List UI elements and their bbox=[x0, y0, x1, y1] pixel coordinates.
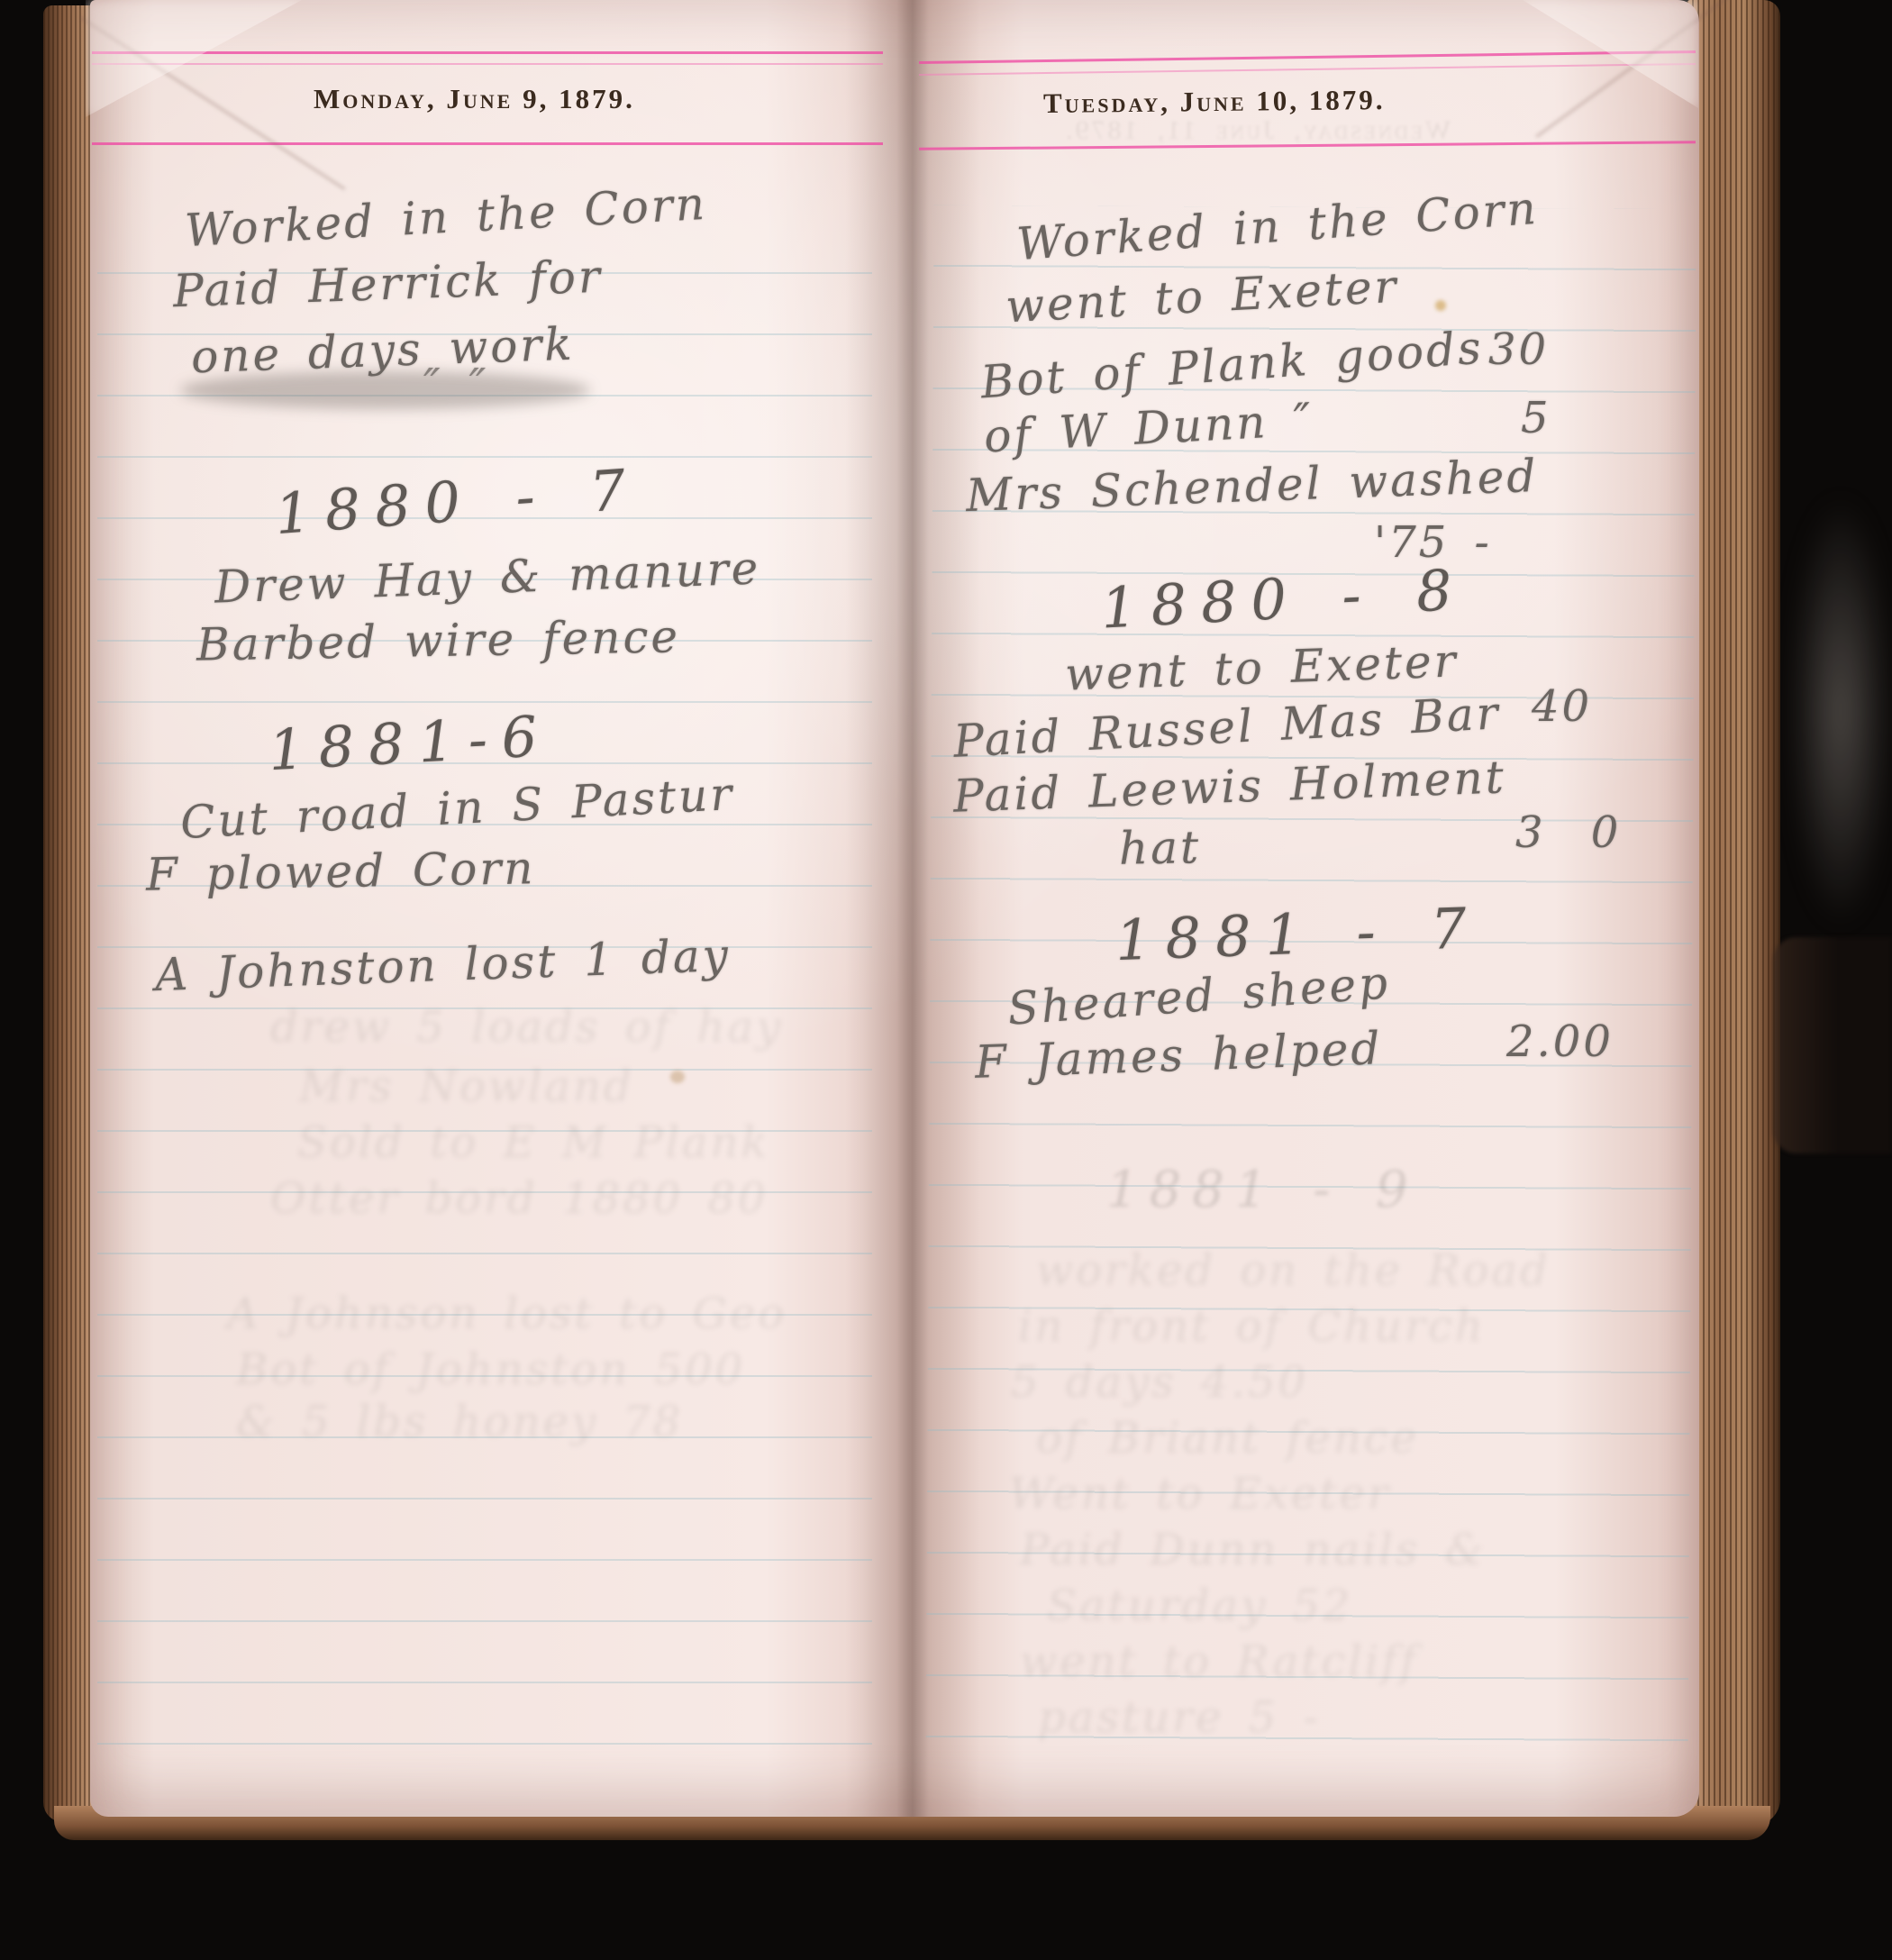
amount-value: 3 0 bbox=[1515, 807, 1631, 858]
cover-strap bbox=[1773, 937, 1892, 1153]
ghost-line: Mrs Nowland bbox=[299, 1062, 634, 1112]
ghost-line: 1881 - 9 bbox=[1106, 1161, 1419, 1219]
amount-value: 40 bbox=[1532, 681, 1592, 732]
ghost-line: drew 5 loads of hay bbox=[270, 1002, 783, 1053]
diary-line: Barbed wire fence bbox=[196, 610, 681, 670]
amount-value: 30 bbox=[1488, 324, 1549, 375]
diary-line: F plowed Corn bbox=[146, 842, 536, 901]
ghost-line: & 5 lbs honey 78 bbox=[236, 1397, 683, 1447]
stain bbox=[1435, 300, 1446, 311]
ghost-line: A Johnson lost to Geo bbox=[227, 1289, 787, 1339]
ghost-line: 5 days 4.50 bbox=[1011, 1357, 1308, 1408]
pink-rule bbox=[92, 51, 883, 54]
ghost-line: Saturday 52 bbox=[1047, 1581, 1352, 1631]
ghost-line: went to Ratcliff bbox=[1020, 1636, 1419, 1687]
stain bbox=[670, 1071, 685, 1083]
page-edge-stack-right bbox=[1687, 0, 1780, 1826]
ghost-line: Sold to E M Plank bbox=[297, 1117, 770, 1168]
page-header-left: Monday, June 9, 1879. bbox=[314, 83, 635, 115]
ghost-line: of Briant fence bbox=[1036, 1413, 1419, 1463]
scanner-glow bbox=[1773, 424, 1892, 1000]
diary-line: hat bbox=[1119, 821, 1202, 875]
ghost-line: Bot of Johnston 500 bbox=[236, 1345, 745, 1395]
ghost-line: Otter bord 1880 80 bbox=[270, 1173, 769, 1224]
ghost-line: pasture 5 - bbox=[1038, 1692, 1321, 1743]
ghost-line: in front of Church bbox=[1018, 1301, 1486, 1352]
amount-value: 2.00 bbox=[1506, 1016, 1614, 1067]
bleed-through-header: Wednesday, June 11, 1879. bbox=[1063, 115, 1451, 146]
page-edge-stack-left bbox=[43, 5, 94, 1822]
diary-line-year: 1881 - 7 bbox=[1114, 895, 1482, 973]
ghost-line: worked on the Road bbox=[1036, 1245, 1551, 1296]
page-header-right: Tuesday, June 10, 1879. bbox=[1043, 84, 1386, 120]
ghost-line: Went to Exeter bbox=[1009, 1469, 1391, 1519]
pink-rule bbox=[92, 63, 883, 65]
pink-rule bbox=[92, 142, 883, 145]
ghost-line: Paid Dunn nails & bbox=[1020, 1525, 1486, 1575]
amount-value: 5 bbox=[1521, 393, 1551, 443]
ditto-marks: ″ ″ bbox=[423, 359, 488, 411]
diary-scan: Monday, June 9, 1879. Tuesday, June 10, … bbox=[0, 0, 1892, 1960]
